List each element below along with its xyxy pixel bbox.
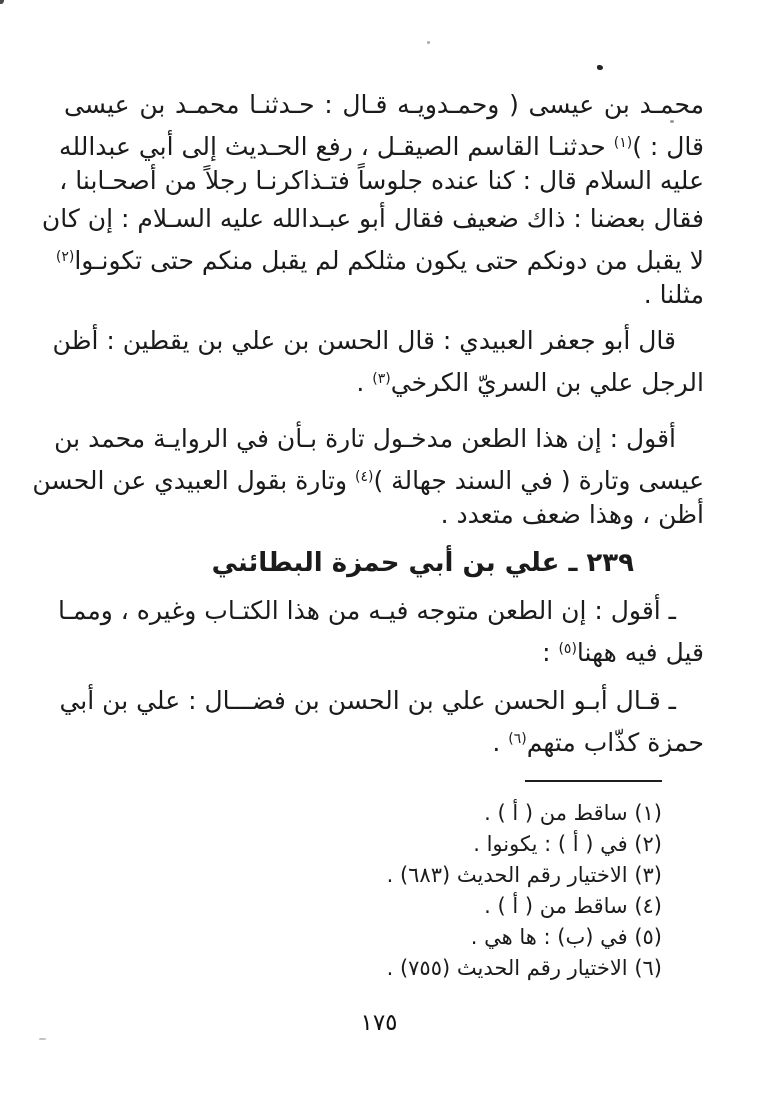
text-blocks-container: محمـد بن عيسى ( وحمـدويـه قـال : حـدثنـا… [64, 86, 704, 758]
footnote-separator-rule [525, 780, 662, 782]
text-line: عيسى وتارة ( في السند جهالة )(٤) وتارة ب… [64, 458, 704, 496]
section-heading: ٢٣٩ ـ علي بن أبي حمزة البطائني [64, 543, 704, 583]
text-line: حمزة كذّاب متهم(٦) . [64, 720, 704, 758]
paragraph: محمـد بن عيسى ( وحمـدويـه قـال : حـدثنـا… [64, 86, 704, 314]
footnote-marker: (٦) [508, 731, 526, 747]
paragraph: قال أبو جعفر العبيدي : قال الحسن بن علي … [64, 322, 704, 398]
footnote: (٣) الاختيار رقم الحديث (٦٨٣) . [64, 860, 662, 891]
footnote: (٤) ساقط من ( أ ) . [64, 891, 662, 922]
book-page: محمـد بن عيسى ( وحمـدويـه قـال : حـدثنـا… [0, 0, 758, 1113]
footnote-marker: (٤) [355, 469, 373, 485]
text-line: الرجل علي بن السريّ الكرخي(٣) . [64, 360, 704, 398]
footnote-marker: (٣) [372, 371, 390, 387]
scan-speck [597, 65, 603, 70]
paragraph: ـ أقول : إن الطعن متوجه فيـه من هذا الكت… [64, 592, 704, 668]
heading-line: ٢٣٩ ـ علي بن أبي حمزة البطائني [64, 543, 704, 583]
text-line: ـ قـال أبـو الحسن علي بن الحسن بن فضـــا… [64, 682, 704, 720]
text-line: فقال بعضنا : ذاك ضعيف فقال أبو عبـدالله … [64, 200, 704, 238]
text-line: أقول : إن هذا الطعن مدخـول تارة بـأن في … [64, 420, 704, 458]
text-line: محمـد بن عيسى ( وحمـدويـه قـال : حـدثنـا… [64, 86, 704, 124]
scan-speck [39, 1038, 46, 1040]
footnote-marker: (١) [614, 135, 632, 151]
text-line: قيل فيه ههنا(٥) : [64, 630, 704, 668]
main-text-block: محمـد بن عيسى ( وحمـدويـه قـال : حـدثنـا… [0, 0, 758, 758]
paragraph: ـ قـال أبـو الحسن علي بن الحسن بن فضـــا… [64, 682, 704, 758]
footnote-marker: (٢) [56, 249, 74, 265]
text-line: لا يقبل من دونكم حتى يكون مثلكم لم يقبل … [64, 238, 704, 276]
footnote-marker: (٥) [558, 641, 576, 657]
footnote: (٥) في (ب) : ها هي . [64, 922, 662, 953]
text-line: قال أبو جعفر العبيدي : قال الحسن بن علي … [64, 322, 704, 360]
paragraph: أقول : إن هذا الطعن مدخـول تارة بـأن في … [64, 420, 704, 534]
text-line: ـ أقول : إن الطعن متوجه فيـه من هذا الكت… [64, 592, 704, 630]
footnote: (٢) في ( أ ) : يكونوا . [64, 829, 662, 860]
page-number: ١٧٥ [0, 1008, 758, 1038]
text-line: عليه السلام قال : كنا عنده جلوساً فتـذاك… [64, 162, 704, 200]
footnote: (٦) الاختيار رقم الحديث (٧٥٥) . [64, 953, 662, 984]
scan-speck [427, 41, 430, 44]
scan-speck [670, 120, 674, 123]
text-line: قال : )(١) حدثنـا القاسم الصيقـل ، رفع ا… [64, 124, 704, 162]
text-line: مثلنا . [64, 276, 704, 314]
text-line: أظن ، وهذا ضعف متعدد . [64, 496, 704, 534]
footnote: (١) ساقط من ( أ ) . [64, 798, 662, 829]
footnotes-block: (١) ساقط من ( أ ) .(٢) في ( أ ) : يكونوا… [64, 798, 662, 984]
